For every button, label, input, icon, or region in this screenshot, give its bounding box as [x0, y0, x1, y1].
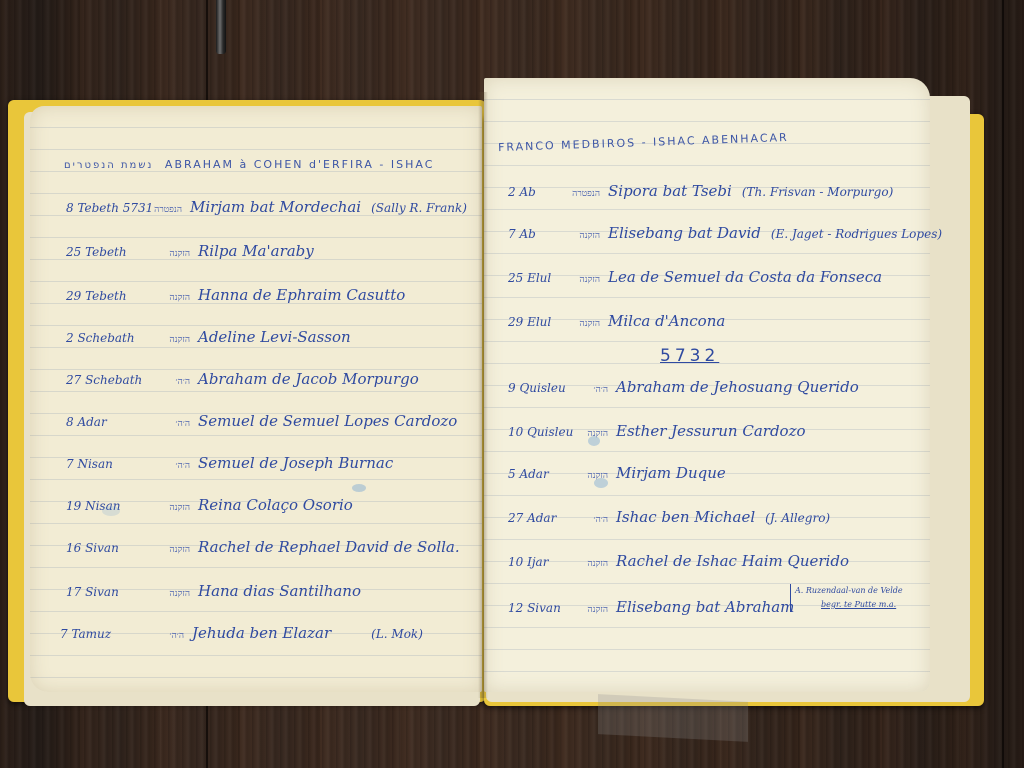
left-page: נשמת הנפטרים ABRAHAM à COHEN d'ERFIRA - …: [30, 106, 482, 692]
entry-name: Lea de Semuel da Costa da Fonseca: [608, 268, 882, 286]
register-entry: 29 Tebeth הזקנה Hanna de Ephraim Casutto: [66, 286, 405, 304]
entry-hebrew: הזקנה: [568, 558, 616, 569]
register-entry: 10 Ijar הזקנה Rachel de Ishac Haim Queri…: [508, 552, 849, 570]
margin-annotation-line1: A. Ruzendaal-van de Velde: [795, 584, 903, 598]
entry-hebrew: ה׳ה׳: [136, 376, 198, 387]
entry-hebrew: ה׳ה׳: [130, 630, 192, 641]
ink-stain: [352, 484, 366, 492]
entry-name: Hanna de Ephraim Casutto: [198, 286, 405, 304]
year-heading: 5732: [660, 346, 719, 366]
entry-name: Elisebang bat Abraham: [616, 598, 794, 616]
entry-date: 27 Schebath: [66, 373, 136, 387]
entry-hebrew: הזקנה: [136, 502, 198, 513]
entry-hebrew: הזקנה: [552, 274, 608, 285]
register-entry: 27 Adar ה׳ה׳ Ishac ben Michael (J. Alleg…: [508, 508, 830, 526]
register-entry: 5 Adar הזקנה Mirjam Duque: [508, 464, 726, 482]
register-entry: 2 Ab הנפטרה Sipora bat Tsebi (Th. Frisva…: [508, 182, 893, 200]
entry-name: Abraham de Jehosuang Querido: [616, 378, 859, 396]
entry-hebrew: הזקנה: [136, 292, 198, 303]
entry-name: Adeline Levi-Sasson: [198, 328, 351, 346]
entry-name: Hana dias Santilhano: [198, 582, 361, 600]
entry-hebrew: ה׳ה׳: [568, 514, 616, 525]
entry-name: Rachel de Ishac Haim Querido: [616, 552, 849, 570]
entry-date: 9 Quisleu: [508, 381, 568, 395]
margin-annotation: A. Ruzendaal-van de Velde begr. te Putte…: [790, 584, 903, 612]
entry-hebrew: הזקנה: [568, 470, 616, 481]
entry-name: Mirjam bat Mordechai: [190, 198, 361, 216]
register-entry: 7 Tamuz ה׳ה׳ Jehuda ben Elazar (L. Mok): [60, 624, 423, 642]
entry-note: (L. Mok): [371, 627, 423, 641]
entry-date: 7 Tamuz: [60, 627, 130, 641]
entry-date: 19 Nisan: [66, 499, 136, 513]
entry-hebrew: הזקנה: [552, 230, 608, 241]
entry-date: 2 Schebath: [66, 331, 136, 345]
register-entry: 12 Sivan הזקנה Elisebang bat Abraham: [508, 598, 794, 616]
entry-note: (E. Jaget - Rodrigues Lopes): [771, 227, 942, 241]
entry-date: 25 Tebeth: [66, 245, 136, 259]
entry-date: 5 Adar: [508, 467, 568, 481]
register-entry: 8 Adar ה׳ה׳ Semuel de Semuel Lopes Cardo…: [66, 412, 457, 430]
left-page-header: נשמת הנפטרים ABRAHAM à COHEN d'ERFIRA - …: [64, 158, 434, 171]
entry-hebrew: ה׳ה׳: [568, 384, 616, 395]
entry-note: (Th. Frisvan - Morpurgo): [742, 185, 893, 199]
register-entry: 25 Elul הזקנה Lea de Semuel da Costa da …: [508, 268, 882, 286]
entry-date: 7 Nisan: [66, 457, 136, 471]
entry-hebrew: הנפטרה: [150, 204, 190, 215]
register-entry: 27 Schebath ה׳ה׳ Abraham de Jacob Morpur…: [66, 370, 419, 388]
entry-name: Rilpa Ma'araby: [198, 242, 314, 260]
entry-name: Ishac ben Michael: [616, 508, 755, 526]
entry-date: 8 Tebeth 5731: [66, 201, 150, 215]
entry-date: 10 Ijar: [508, 555, 568, 569]
entry-hebrew: הנפטרה: [552, 188, 608, 199]
entry-date: 27 Adar: [508, 511, 568, 525]
ink-stain: [594, 478, 608, 488]
entry-name: Semuel de Joseph Burnac: [198, 454, 393, 472]
register-entry: 10 Quisleu הזקנה Esther Jessurun Cardozo: [508, 422, 806, 440]
entry-name: Esther Jessurun Cardozo: [616, 422, 806, 440]
entry-date: 7 Ab: [508, 227, 552, 241]
entry-date: 16 Sivan: [66, 541, 136, 555]
tape-strip: [598, 694, 748, 742]
entry-name: Mirjam Duque: [616, 464, 726, 482]
entry-date: 25 Elul: [508, 271, 552, 285]
entry-name: Milca d'Ancona: [608, 312, 725, 330]
entry-hebrew: הזקנה: [136, 588, 198, 599]
register-entry: 9 Quisleu ה׳ה׳ Abraham de Jehosuang Quer…: [508, 378, 859, 396]
entry-name: Jehuda ben Elazar: [192, 624, 331, 642]
notebook-spine-gutter: [478, 92, 488, 698]
entry-name: Reina Colaço Osorio: [198, 496, 353, 514]
register-entry: 29 Elul הזקנה Milca d'Ancona: [508, 312, 725, 330]
entry-note: (J. Allegro): [765, 511, 830, 525]
entry-date: 12 Sivan: [508, 601, 568, 615]
register-entry: 16 Sivan הזקנה Rachel de Rephael David d…: [66, 538, 460, 556]
entry-name: Elisebang bat David: [608, 224, 761, 242]
entry-date: 2 Ab: [508, 185, 552, 199]
register-entry: 2 Schebath הזקנה Adeline Levi-Sasson: [66, 328, 351, 346]
header-text: ABRAHAM à COHEN d'ERFIRA - ISHAC: [165, 158, 434, 171]
table-plank-seam: [1002, 0, 1004, 768]
entry-hebrew: הזקנה: [552, 318, 608, 329]
entry-name: Rachel de Rephael David de Solla.: [198, 538, 460, 556]
header-hebrew: נשמת הנפטרים: [64, 160, 153, 171]
entry-hebrew: ה׳ה׳: [136, 460, 198, 471]
entry-hebrew: ה׳ה׳: [136, 418, 198, 429]
register-entry: 25 Tebeth הזקנה Rilpa Ma'araby: [66, 242, 314, 260]
entry-name: Sipora bat Tsebi: [608, 182, 732, 200]
pen: [216, 0, 226, 54]
register-entry: 7 Nisan ה׳ה׳ Semuel de Joseph Burnac: [66, 454, 393, 472]
entry-hebrew: הזקנה: [136, 544, 198, 555]
entry-date: 8 Adar: [66, 415, 136, 429]
right-page: FRANCO MEDBIROS - ISHAC ABENHACAR 2 Ab ה…: [484, 78, 930, 692]
right-page-header: FRANCO MEDBIROS - ISHAC ABENHACAR: [498, 131, 789, 154]
entry-hebrew: הזקנה: [568, 604, 616, 615]
margin-annotation-line2: begr. te Putte m.a.: [821, 598, 903, 612]
entry-date: 17 Sivan: [66, 585, 136, 599]
entry-note: (Sally R. Frank): [371, 201, 467, 215]
entry-date: 29 Elul: [508, 315, 552, 329]
entry-name: Abraham de Jacob Morpurgo: [198, 370, 419, 388]
register-entry: 7 Ab הזקנה Elisebang bat David (E. Jaget…: [508, 224, 942, 242]
entry-date: 29 Tebeth: [66, 289, 136, 303]
register-entry: 17 Sivan הזקנה Hana dias Santilhano: [66, 582, 361, 600]
entry-hebrew: הזקנה: [136, 248, 198, 259]
entry-name: Semuel de Semuel Lopes Cardozo: [198, 412, 457, 430]
year-text: 5732: [660, 346, 719, 366]
ink-stain: [588, 436, 600, 446]
entry-hebrew: הזקנה: [136, 334, 198, 345]
entry-date: 10 Quisleu: [508, 425, 568, 439]
register-entry: 8 Tebeth 5731 הנפטרה Mirjam bat Mordecha…: [66, 198, 467, 216]
ink-stain: [102, 506, 120, 516]
